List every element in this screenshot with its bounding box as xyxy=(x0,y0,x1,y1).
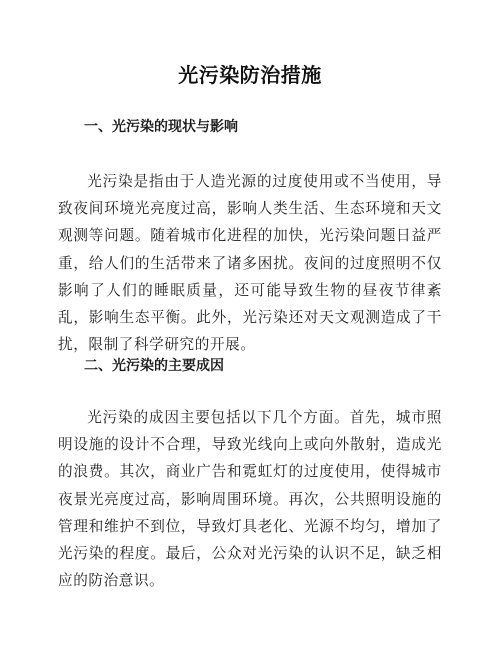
section-heading-2: 二、光污染的主要成因 xyxy=(84,356,224,376)
section-paragraph-1: 光污染是指由于人造光源的过度使用或不当使用，导致夜间环境光亮度过高，影响人类生活… xyxy=(58,168,442,358)
section-paragraph-2: 光污染的成因主要包括以下几个方面。首先，城市照明设施的设计不合理，导致光线向上或… xyxy=(58,404,442,594)
document-page: 光污染防治措施 一、光污染的现状与影响 光污染是指由于人造光源的过度使用或不当使… xyxy=(0,0,500,647)
document-title: 光污染防治措施 xyxy=(0,62,500,88)
section-heading-1: 一、光污染的现状与影响 xyxy=(84,117,238,137)
